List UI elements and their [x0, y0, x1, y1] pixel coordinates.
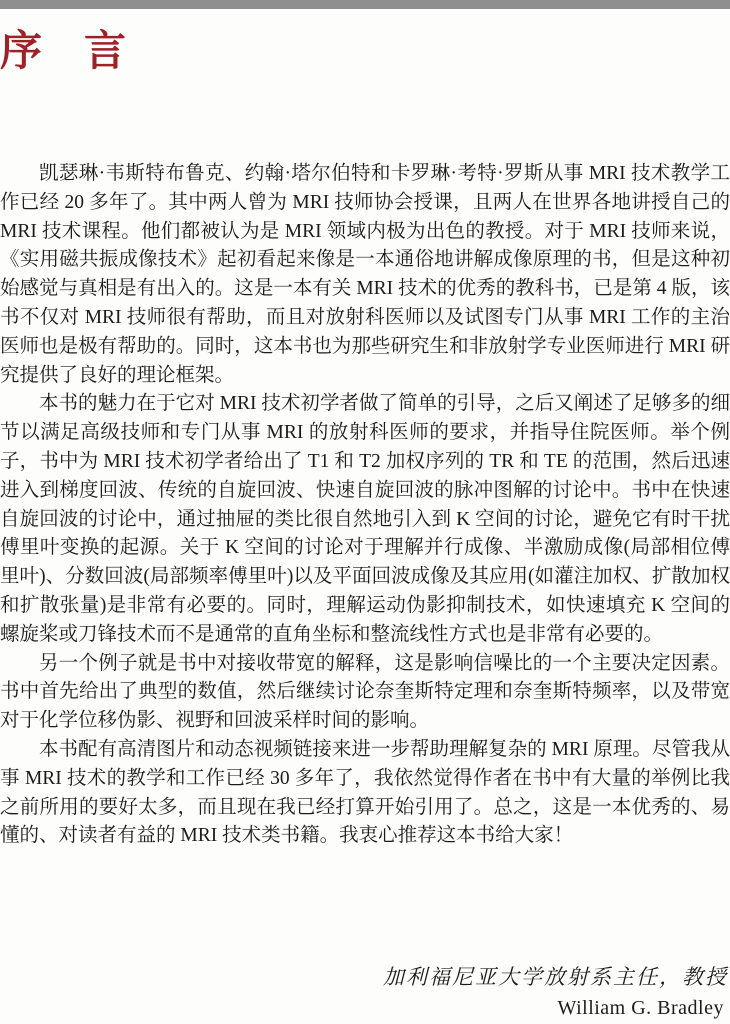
paragraph: 本书的魅力在于它对 MRI 技术初学者做了简单的引导，之后又阐述了足够多的细节以…: [0, 390, 730, 649]
paragraph: 凯瑟琳·韦斯特布鲁克、约翰·塔尔伯特和卡罗琳·考特·罗斯从事 MRI 技术教学工…: [0, 160, 730, 390]
signature-title: 加利福尼亚大学放射系主任，教授: [0, 962, 728, 993]
book-page: 序 言 凯瑟琳·韦斯特布鲁克、约翰·塔尔伯特和卡罗琳·考特·罗斯从事 MRI 技…: [0, 0, 730, 1024]
paragraph: 本书配有高清图片和动态视频链接来进一步帮助理解复杂的 MRI 原理。尽管我从事 …: [0, 736, 730, 851]
scan-edge-bar: [0, 0, 730, 9]
page-title: 序 言: [0, 26, 126, 78]
signature-name: William G. Bradley: [0, 993, 728, 1024]
signature-block: 加利福尼亚大学放射系主任，教授 William G. Bradley: [0, 962, 728, 1024]
preface-body: 凯瑟琳·韦斯特布鲁克、约翰·塔尔伯特和卡罗琳·考特·罗斯从事 MRI 技术教学工…: [0, 160, 730, 851]
paragraph: 另一个例子就是书中对接收带宽的解释，这是影响信噪比的一个主要决定因素。书中首先给…: [0, 650, 730, 736]
